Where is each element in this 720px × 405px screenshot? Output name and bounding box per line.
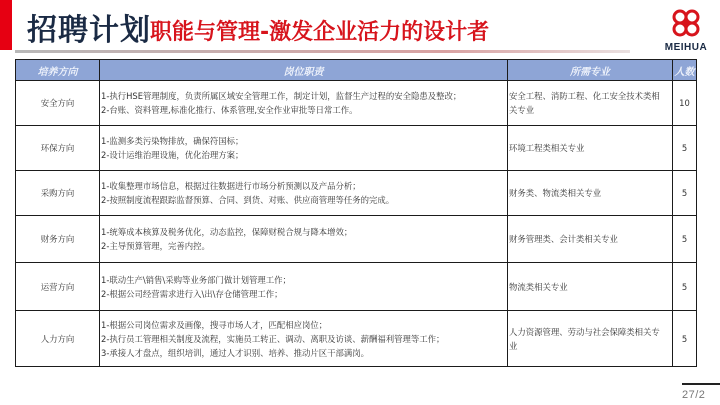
table-row: 安全方向 1-执行HSE管理制度，负责所属区域安全管理工作，制定计划，监督生产过… bbox=[16, 81, 697, 126]
direction-cell: 采购方向 bbox=[16, 171, 100, 216]
direction-cell: 安全方向 bbox=[16, 81, 100, 126]
column-header-direction: 培养方向 bbox=[16, 60, 100, 81]
table-row: 采购方向 1-收集整理市场信息，根据过往数据进行市场分析预测以及产品分析； 2-… bbox=[16, 171, 697, 216]
duties-cell: 1-监测多类污染物排放，确保符国标； 2-设计运维治理设施，优化治理方案； bbox=[100, 126, 508, 171]
company-logo: MEIHUA bbox=[655, 4, 717, 54]
direction-cell: 财务方向 bbox=[16, 216, 100, 263]
duty-line: 2-执行员工管理相关制度及流程，实施员工转正、调动、离职及访谈、薪酬福利管理等工… bbox=[101, 332, 507, 346]
major-cell: 安全工程、消防工程、化工安全技术类相关专业 bbox=[508, 81, 673, 126]
duties-cell: 1-根据公司岗位需求及画像，搜寻市场人才，匹配相应岗位； 2-执行员工管理相关制… bbox=[100, 311, 508, 367]
duties-cell: 1-收集整理市场信息，根据过往数据进行市场分析预测以及产品分析； 2-按照制度流… bbox=[100, 171, 508, 216]
accent-bar bbox=[0, 0, 12, 50]
meihua-flower-icon bbox=[669, 6, 703, 40]
duties-cell: 1-执行HSE管理制度，负责所属区域安全管理工作，制定计划，监督生产过程的安全隐… bbox=[100, 81, 508, 126]
duty-line: 2-按照制度流程跟踪监督预算、合同、到货、对账、供应商管理等任务的完成。 bbox=[101, 193, 507, 207]
column-header-count: 人数 bbox=[673, 60, 697, 81]
duty-line: 1-统筹成本核算及税务优化，动态监控，保障财税合规与降本增效； bbox=[101, 225, 507, 239]
table-row: 环保方向 1-监测多类污染物排放，确保符国标； 2-设计运维治理设施，优化治理方… bbox=[16, 126, 697, 171]
page-title: 招聘计划 bbox=[27, 11, 151, 51]
major-cell: 财务管理类、会计类相关专业 bbox=[508, 216, 673, 263]
page-subtitle: 职能与管理-激发企业活力的设计者 bbox=[150, 18, 489, 48]
duty-line: 2-台账、资料管理,标准化推行、体系管理,安全作业审批等日常工作。 bbox=[101, 103, 507, 117]
logo-text: MEIHUA bbox=[655, 42, 717, 53]
major-cell: 物流类相关专业 bbox=[508, 263, 673, 311]
title-divider bbox=[15, 50, 630, 53]
duty-line: 2-根据公司经营需求进行入\出\存仓储管理工作； bbox=[101, 287, 507, 301]
duties-cell: 1-联动生产\销售\采购等业务部门做计划管理工作； 2-根据公司经营需求进行入\… bbox=[100, 263, 508, 311]
duty-line: 1-监测多类污染物排放，确保符国标； bbox=[101, 134, 507, 148]
duty-line: 2-主导预算管理，完善内控。 bbox=[101, 239, 507, 253]
count-cell: 5 bbox=[673, 171, 697, 216]
page-number: 27/2 bbox=[682, 389, 705, 401]
count-cell: 5 bbox=[673, 263, 697, 311]
count-cell: 5 bbox=[673, 311, 697, 367]
count-cell: 5 bbox=[673, 216, 697, 263]
table-row: 财务方向 1-统筹成本核算及税务优化，动态监控，保障财税合规与降本增效； 2-主… bbox=[16, 216, 697, 263]
table-row: 人力方向 1-根据公司岗位需求及画像，搜寻市场人才，匹配相应岗位； 2-执行员工… bbox=[16, 311, 697, 367]
direction-cell: 运营方向 bbox=[16, 263, 100, 311]
duties-cell: 1-统筹成本核算及税务优化，动态监控，保障财税合规与降本增效； 2-主导预算管理… bbox=[100, 216, 508, 263]
recruitment-table: 培养方向 岗位职责 所需专业 人数 安全方向 1-执行HSE管理制度，负责所属区… bbox=[15, 59, 697, 367]
count-cell: 10 bbox=[673, 81, 697, 126]
table-header-row: 培养方向 岗位职责 所需专业 人数 bbox=[16, 60, 697, 81]
table-row: 运营方向 1-联动生产\销售\采购等业务部门做计划管理工作； 2-根据公司经营需… bbox=[16, 263, 697, 311]
duty-line: 3-承接人才盘点，组织培训，通过人才识别、培养、推动片区干部满岗。 bbox=[101, 346, 507, 360]
duty-line: 1-收集整理市场信息，根据过往数据进行市场分析预测以及产品分析； bbox=[101, 179, 507, 193]
direction-cell: 环保方向 bbox=[16, 126, 100, 171]
count-cell: 5 bbox=[673, 126, 697, 171]
page-number-rule bbox=[682, 383, 720, 385]
major-cell: 环境工程类相关专业 bbox=[508, 126, 673, 171]
major-cell: 财务类、物流类相关专业 bbox=[508, 171, 673, 216]
direction-cell: 人力方向 bbox=[16, 311, 100, 367]
column-header-major: 所需专业 bbox=[508, 60, 673, 81]
duty-line: 1-根据公司岗位需求及画像，搜寻市场人才，匹配相应岗位； bbox=[101, 318, 507, 332]
duty-line: 1-执行HSE管理制度，负责所属区域安全管理工作，制定计划，监督生产过程的安全隐… bbox=[101, 89, 507, 103]
duty-line: 1-联动生产\销售\采购等业务部门做计划管理工作； bbox=[101, 273, 507, 287]
duty-line: 2-设计运维治理设施，优化治理方案； bbox=[101, 148, 507, 162]
column-header-duties: 岗位职责 bbox=[100, 60, 508, 81]
major-cell: 人力资源管理、劳动与社会保障类相关专业 bbox=[508, 311, 673, 367]
